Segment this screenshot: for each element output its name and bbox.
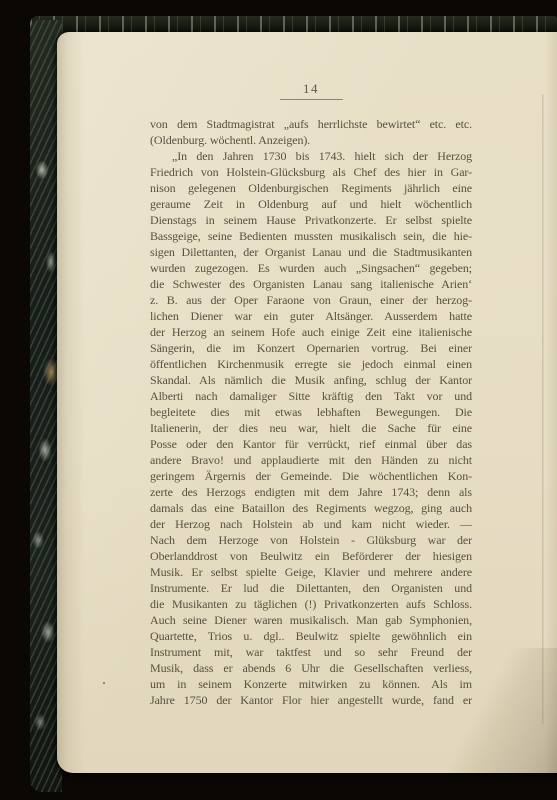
text-line: sigen Dilettanten, der Organist Lanau un… [150,244,472,260]
text-line: Instrument mit, war taktfest und so sehr… [150,644,472,660]
text-line: Italienerin, der dies neu war, hielt die… [150,420,472,436]
text-line: Bassgeige, seine Bedienten mussten musik… [150,228,472,244]
text-line: der Herzog nach Holstein ab und kam nich… [150,516,472,532]
text-line: der Herzog an seinem Hofe auch einige Ze… [150,324,472,340]
text-line: Auch seine Diener waren musikalisch. Man… [150,612,472,628]
text-line: Musik, dass er abends 6 Uhr die Gesellsc… [150,660,472,676]
text-line: andere Bravo! und applaudierte mit den H… [150,452,472,468]
text-line: „In den Jahren 1730 bis 1743. hielt sich… [150,148,472,164]
page-number: 14 [150,82,472,96]
page-text: von dem Stadtmagistrat „aufs herrlichste… [150,116,472,708]
text-line: die Musikanten zu täglichen (!) Privatko… [150,596,472,612]
dust-speck [103,682,105,684]
text-line: Nach dem Herzoge von Holstein - Glüksbur… [150,532,472,548]
page-header: 14 [150,82,472,100]
text-line: die Schwester des Organisten Lanau sang … [150,276,472,292]
book-top-edge [30,16,557,33]
text-line: um in seinem Konzerte mitwirken zu könne… [150,676,472,692]
text-line: wurden zugezogen. Es wurden auch „Singsa… [150,260,472,276]
text-line: Dienstags in seinem Hause Privatkonzerte… [150,212,472,228]
text-line: zerte des Herzogs endigten mit dem Jahre… [150,484,472,500]
text-line: Alberti nach damaliger Sitte kräftig den… [150,388,472,404]
text-line: von dem Stadtmagistrat „aufs herrlichste… [150,116,472,132]
text-line: Musik. Er selbst spielte Geige, Klavier … [150,564,472,580]
text-line: Instrumente. Er lud die Dilettanten, den… [150,580,472,596]
text-line: begleitete dies mit etwas lebhaften Bewe… [150,404,472,420]
text-line: Skandal. Als nämlich die Musik anfing, s… [150,372,472,388]
text-line: geraume Zeit in Oldenburg auf und hielt … [150,196,472,212]
text-line: geringem Ärgernis der Gemeinde. Die wöch… [150,468,472,484]
text-line: lichen Diener war ein guter Altsänger. A… [150,308,472,324]
page-number-rule [280,99,343,100]
text-line: Posse oder den Kantor für verrückt, rief… [150,436,472,452]
text-line: Sängerin, die im Konzert Opernarien vort… [150,340,472,356]
text-line: Jahre 1750 der Kantor Flor hier angestel… [150,692,472,708]
photo-background: 14 von dem Stadtmagistrat „aufs herrlich… [0,0,557,800]
text-line: öffentlichen Kirchenmusik erregte sie je… [150,356,472,372]
text-line: Friedrich von Holstein-Glücksburg als Ch… [150,164,472,180]
text-line: z. B. aus der Oper Faraone von Graun, ei… [150,292,472,308]
text-line: (Oldenburg. wöchentl. Anzeigen). [150,132,472,148]
book-page: 14 von dem Stadtmagistrat „aufs herrlich… [57,32,557,773]
text-line: Quartette, Trios u. dgl.. Beulwitz spiel… [150,628,472,644]
text-line: damals das eine Bataillon des Regiments … [150,500,472,516]
text-line: nison gelegenen Oldenburgischen Regiment… [150,180,472,196]
text-line: Oberlanddrost von Beulwitz ein Befördere… [150,548,472,564]
